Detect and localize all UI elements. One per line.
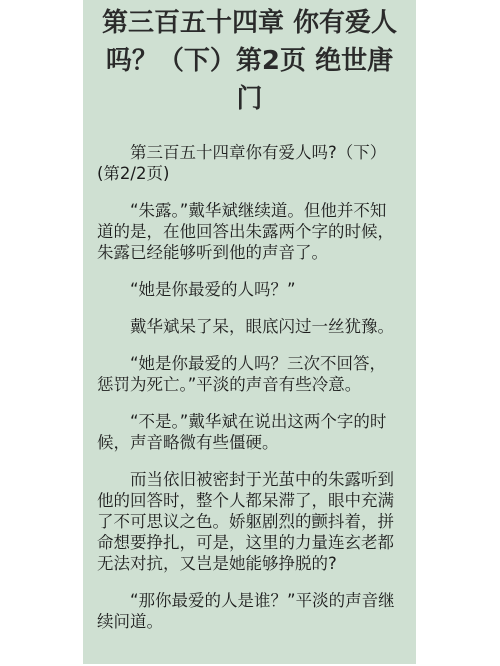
paragraph: “她是你最爱的人吗？三次不回答，惩罚为死亡。”平淡的声音有些冷意。 — [93, 353, 406, 395]
chapter-subtitle: 第三百五十四章你有爱人吗?（下）(第2/2页) — [93, 142, 406, 184]
paragraph: “朱露。”戴华斌继续道。但他并不知道的是，在他回答出朱露两个字的时候，朱露已经能… — [93, 200, 406, 263]
article-body: 第三百五十四章你有爱人吗?（下）(第2/2页) “朱露。”戴华斌继续道。但他并不… — [93, 142, 406, 632]
paragraph: “那你最爱的人是谁？”平淡的声音继续问道。 — [93, 590, 406, 632]
paragraph: 而当依旧被密封于光茧中的朱露听到他的回答时，整个人都呆滞了，眼中充满了不可思议之… — [93, 469, 406, 574]
paragraph: “她是你最爱的人吗？” — [93, 279, 406, 300]
paragraph: 戴华斌呆了呆，眼底闪过一丝犹豫。 — [93, 316, 406, 337]
paragraph: “不是。”戴华斌在说出这两个字的时候，声音略微有些僵硬。 — [93, 411, 406, 453]
document-page: 第三百五十四章 你有爱人吗？（下）第2页 绝世唐门 第三百五十四章你有爱人吗?（… — [83, 0, 416, 664]
page-title: 第三百五十四章 你有爱人吗？（下）第2页 绝世唐门 — [93, 0, 406, 118]
